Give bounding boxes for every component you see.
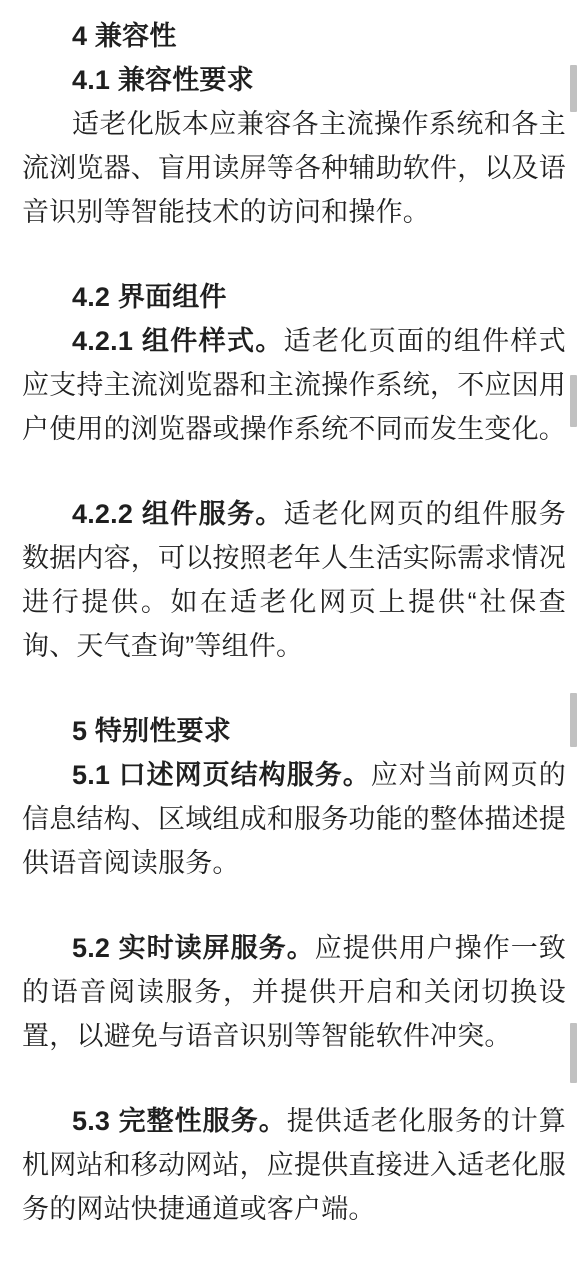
paragraph-page-structure-narration: 5.1 口述网页结构服务。应对当前网页的信息结构、区域组成和服务功能的整体描述提… [22, 753, 566, 885]
scrollbar-thumb-2[interactable] [570, 375, 577, 427]
paragraph-completeness-service: 5.3 完整性服务。提供适老化服务的计算机网站和移动网站，应提供直接进入适老化服… [22, 1099, 566, 1231]
scrollbar-thumb-4[interactable] [570, 1023, 577, 1083]
heading-section-4: 4 兼容性 [22, 14, 566, 58]
paragraph-component-service: 4.2.2 组件服务。适老化网页的组件服务数据内容，可以按照老年人生活实际需求情… [22, 492, 566, 668]
run-in-heading-5-1: 5.1 口述网页结构服务。 [72, 760, 371, 790]
document-page: 4 兼容性 4.1 兼容性要求 适老化版本应兼容各主流操作系统和各主流浏览器、盲… [0, 0, 580, 1266]
scrollbar-thumb-3[interactable] [570, 693, 577, 747]
paragraph-realtime-screen-reading: 5.2 实时读屏服务。应提供用户操作一致的语音阅读服务，并提供开启和关闭切换设置… [22, 926, 566, 1058]
run-in-heading-5-2: 5.2 实时读屏服务。 [72, 933, 315, 963]
heading-section-5: 5 特别性要求 [22, 709, 566, 753]
scrollbar-thumb-1[interactable] [570, 65, 577, 112]
heading-section-4-2: 4.2 界面组件 [22, 275, 566, 319]
heading-section-4-1: 4.1 兼容性要求 [22, 58, 566, 102]
run-in-heading-4-2-2: 4.2.2 组件服务。 [72, 499, 284, 529]
paragraph-component-style: 4.2.1 组件样式。适老化页面的组件样式应支持主流浏览器和主流操作系统，不应因… [22, 319, 566, 451]
document-content: 4 兼容性 4.1 兼容性要求 适老化版本应兼容各主流操作系统和各主流浏览器、盲… [0, 0, 580, 1231]
run-in-heading-5-3: 5.3 完整性服务。 [72, 1106, 287, 1136]
run-in-heading-4-2-1: 4.2.1 组件样式。 [72, 326, 284, 356]
paragraph-text: 适老化版本应兼容各主流操作系统和各主流浏览器、盲用读屏等各种辅助软件，以及语音识… [22, 109, 566, 227]
paragraph-compatibility-requirements: 适老化版本应兼容各主流操作系统和各主流浏览器、盲用读屏等各种辅助软件，以及语音识… [22, 102, 566, 234]
